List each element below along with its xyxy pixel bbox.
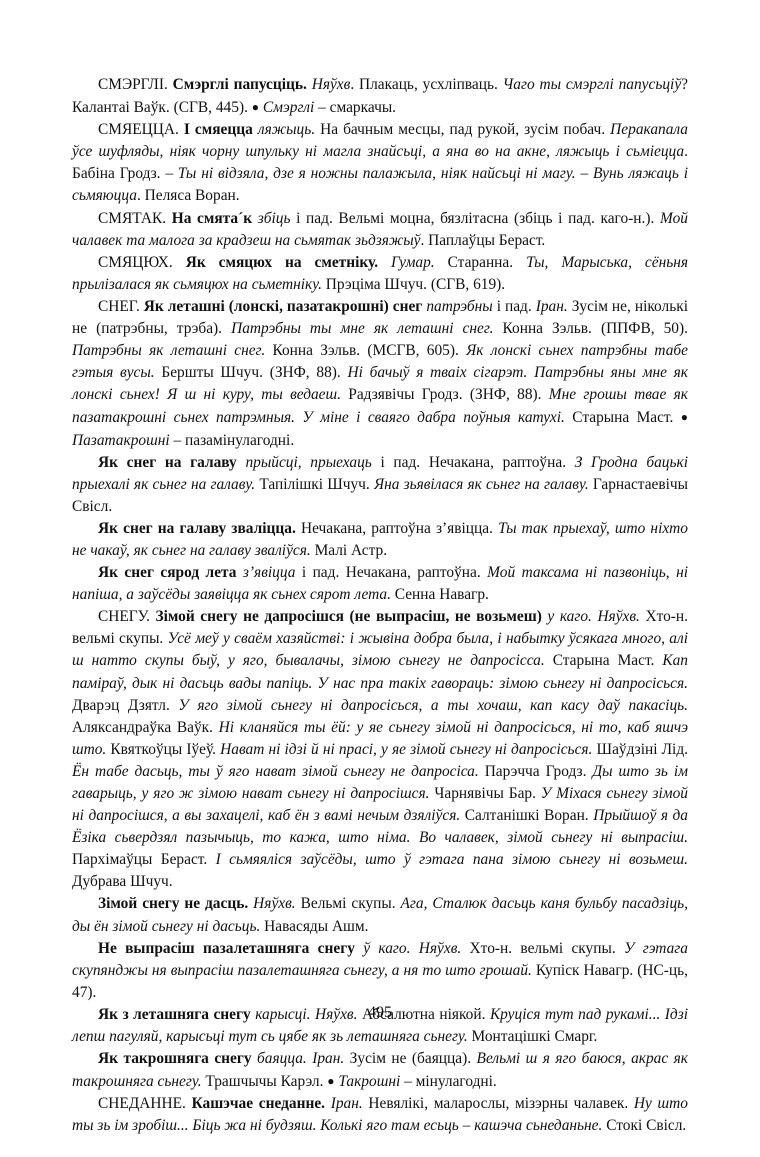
dictionary-entry: СМЯЕЦЦА. І смяецца ляжыць. На бачным мес…	[72, 119, 688, 207]
italic-text: ў каго. Няўхв.	[363, 940, 461, 957]
entry-text: – пазамінулагодні.	[170, 432, 295, 449]
entry-text: Трашчычы Карэл.	[202, 1073, 328, 1090]
entry-text: СМЭРГЛІ.	[98, 76, 173, 93]
entry-text: Квяткоўцы Іўеў.	[106, 741, 220, 758]
entry-text: Прэціма Шчуч. (СГВ, 619).	[322, 276, 505, 293]
italic-text: Чаго ты смэрглі папусьціў	[503, 76, 681, 93]
entry-text: Парэчча Гродз.	[479, 763, 593, 780]
entry-text	[378, 254, 391, 271]
entry-text: Бершты Шчуч. (ЗНФ, 88).	[155, 364, 348, 381]
bullet-icon: ●	[252, 100, 259, 114]
headword-phrase: Як такрошняга снегу	[98, 1050, 252, 1067]
entry-text: СМЯТАК.	[98, 210, 172, 227]
dictionary-entry: Як снег на галаву прыйсці, прыехаць і па…	[72, 452, 688, 518]
entry-text: і пад.	[493, 298, 536, 315]
headword-phrase: Як леташні (лонскі, пазатакрошні) снег	[144, 298, 423, 315]
italic-text: Такрошні	[338, 1073, 400, 1090]
italic-text: прыйсці, прыехаць	[245, 454, 371, 471]
headword-phrase: Смэрглі папусціць.	[173, 76, 307, 93]
entry-text: Конна Зэльв. (ППФВ, 50).	[493, 320, 688, 337]
entry-text: Старына Маст.	[545, 652, 663, 669]
entry-text: СНЕДАННЕ.	[98, 1095, 192, 1112]
page-number: 495	[0, 1004, 760, 1022]
entry-text: Радзявічы Гродз. (ЗНФ, 88).	[341, 386, 549, 403]
italic-text: Ён табе дасьць, ты ў яго нават зімой сьн…	[72, 763, 479, 780]
entry-text: Стокі Свісл.	[602, 1117, 686, 1134]
headword-phrase: Кашэчае снеданне.	[192, 1095, 325, 1112]
italic-text: Нават ні ідзі й ні прасі, у яе зімой сьн…	[220, 741, 592, 758]
entry-text: – мінулагодні.	[400, 1073, 497, 1090]
italic-text: у каго. Няўхв.	[547, 608, 639, 625]
italic-text: У яго зімой сьнегу ні дапросісься, а ты …	[178, 697, 688, 714]
entry-text: . Пеляса Воран.	[137, 187, 240, 204]
italic-text: збіць	[258, 210, 291, 227]
dictionary-entry: СМЭРГЛІ. Смэрглі папусціць. Няўхв. Плака…	[72, 74, 688, 119]
dictionary-entry: Не выпрасіш пазалеташняга снегу ў каго. …	[72, 938, 688, 1004]
headword-phrase: Як снег на галаву	[98, 454, 237, 471]
entry-text: На бачным месцы, пад рукой, зусім побач.	[315, 121, 610, 138]
entry-text: Чарнявічы Бар.	[429, 785, 540, 802]
entry-text: Сенна Навагр.	[391, 586, 489, 603]
entry-text: . Паплаўцы Бераст.	[420, 232, 545, 249]
entry-text: Тапілішкі Шчуч.	[255, 476, 374, 493]
entry-text: Салтанішкі Воран.	[460, 807, 593, 824]
italic-text: Яна зьявілася як сьнег на галаву.	[374, 476, 589, 493]
entry-text: Дубрава Шчуч.	[72, 873, 173, 890]
italic-text: Патрэбны як леташні снег.	[72, 342, 265, 359]
entry-text: СНЕГ.	[98, 298, 144, 315]
headword-phrase: Зімой снегу не дапросішся (не выпрасіш, …	[155, 608, 541, 625]
entry-text	[355, 940, 363, 957]
entry-text: Аляксандраўка Ваўк.	[72, 719, 219, 736]
entry-text: Пархімаўцы Бераст.	[72, 851, 216, 868]
headword-phrase: Як смяцюх на сметніку.	[186, 254, 378, 271]
italic-text: Няўхв.	[253, 895, 295, 912]
entry-text: Шаўдзіні Лід.	[592, 741, 688, 758]
headword-phrase: І смяецца	[184, 121, 253, 138]
headword-phrase: Не выпрасіш пазалеташняга снегу	[98, 940, 355, 957]
italic-text: Пазатакрошні	[72, 432, 170, 449]
entry-text: і пад. Нечакана, раптоўна.	[295, 564, 487, 581]
dictionary-entry: СНЕГУ. Зімой снегу не дапросішся (не вып…	[72, 606, 688, 893]
entry-text: Зусім не (баяцца).	[344, 1050, 476, 1067]
entry-text: СМЯЦЮХ.	[98, 254, 186, 271]
dictionary-entry: СНЕГ. Як леташні (лонскі, пазатакрошні) …	[72, 296, 688, 452]
entry-text: Нечакана, раптоўна з’явіцца.	[296, 520, 498, 537]
entry-text: Невялікі, маларослы, мізэрны чалавек.	[363, 1095, 634, 1112]
entry-text: Навасяды Ашм.	[260, 918, 368, 935]
dictionary-entry: СМЯТАК. На смята´к збіць і пад. Вельмі м…	[72, 208, 688, 252]
entry-text: і пад. Вельмі моцна, бязлітасна (збіць і…	[290, 210, 660, 227]
entry-text: Старына Маст.	[565, 409, 681, 426]
bullet-icon: ●	[681, 410, 688, 424]
entry-text: – смаркачы.	[314, 99, 396, 116]
headword-phrase: Зімой снегу не дасць.	[98, 895, 248, 912]
entry-text: . Плакаць, усхліпваць.	[350, 76, 502, 93]
entry-text: Монтацішкі Смарг.	[468, 1028, 598, 1045]
dictionary-entry: СМЯЦЮХ. Як смяцюх на сметніку. Гумар. Ст…	[72, 252, 688, 296]
italic-text: Няўхв	[312, 76, 351, 93]
italic-text: Гумар.	[391, 254, 435, 271]
dictionary-entry: Як снег сярод лета з’явіцца і пад. Нечак…	[72, 562, 688, 606]
entry-text: Вельмі скупы.	[296, 895, 401, 912]
italic-text: патрэбны	[426, 298, 492, 315]
headword-phrase: На смята´к	[172, 210, 252, 227]
dictionary-entry: СНЕДАННЕ. Кашэчае снеданне. Іран. Невялі…	[72, 1093, 688, 1137]
entry-text: Дварэц Дзятл.	[72, 697, 178, 714]
dictionary-entry: Як такрошняга снегу баяцца. Іран. Зусім …	[72, 1048, 688, 1093]
italic-text: І сьмяяліся заўсёды, што ў гэтага пана з…	[216, 851, 688, 868]
headword-phrase: Як снег на галаву зваліцца.	[98, 520, 296, 537]
italic-text: з’явіцца	[243, 564, 296, 581]
italic-text: Патрэбны ты мне як леташні снег.	[231, 320, 493, 337]
headword-phrase: Як снег сярод лета	[98, 564, 236, 581]
dictionary-page-body: СМЭРГЛІ. Смэрглі папусціць. Няўхв. Плака…	[72, 74, 688, 1138]
italic-text: ляжыць.	[258, 121, 315, 138]
bullet-icon: ●	[327, 1074, 334, 1088]
entry-text: СМЯЕЦЦА.	[98, 121, 184, 138]
italic-text: Іран.	[331, 1095, 363, 1112]
entry-text: СНЕГУ.	[98, 608, 155, 625]
entry-text: Конна Зэльв. (МСГВ, 605).	[265, 342, 466, 359]
entry-text: і пад. Нечакана, раптоўна.	[372, 454, 575, 471]
italic-text: Смэрглі	[263, 99, 314, 116]
italic-text: Іран.	[536, 298, 568, 315]
entry-text: Малі Астр.	[311, 542, 387, 559]
italic-text: баяцца. Іран.	[257, 1050, 344, 1067]
entry-text: Хто-н. вельмі скупы.	[461, 940, 624, 957]
dictionary-entry: Як снег на галаву зваліцца. Нечакана, ра…	[72, 518, 688, 562]
dictionary-entry: Зімой снегу не дасць. Няўхв. Вельмі скуп…	[72, 893, 688, 937]
entry-text: Старанна.	[435, 254, 526, 271]
